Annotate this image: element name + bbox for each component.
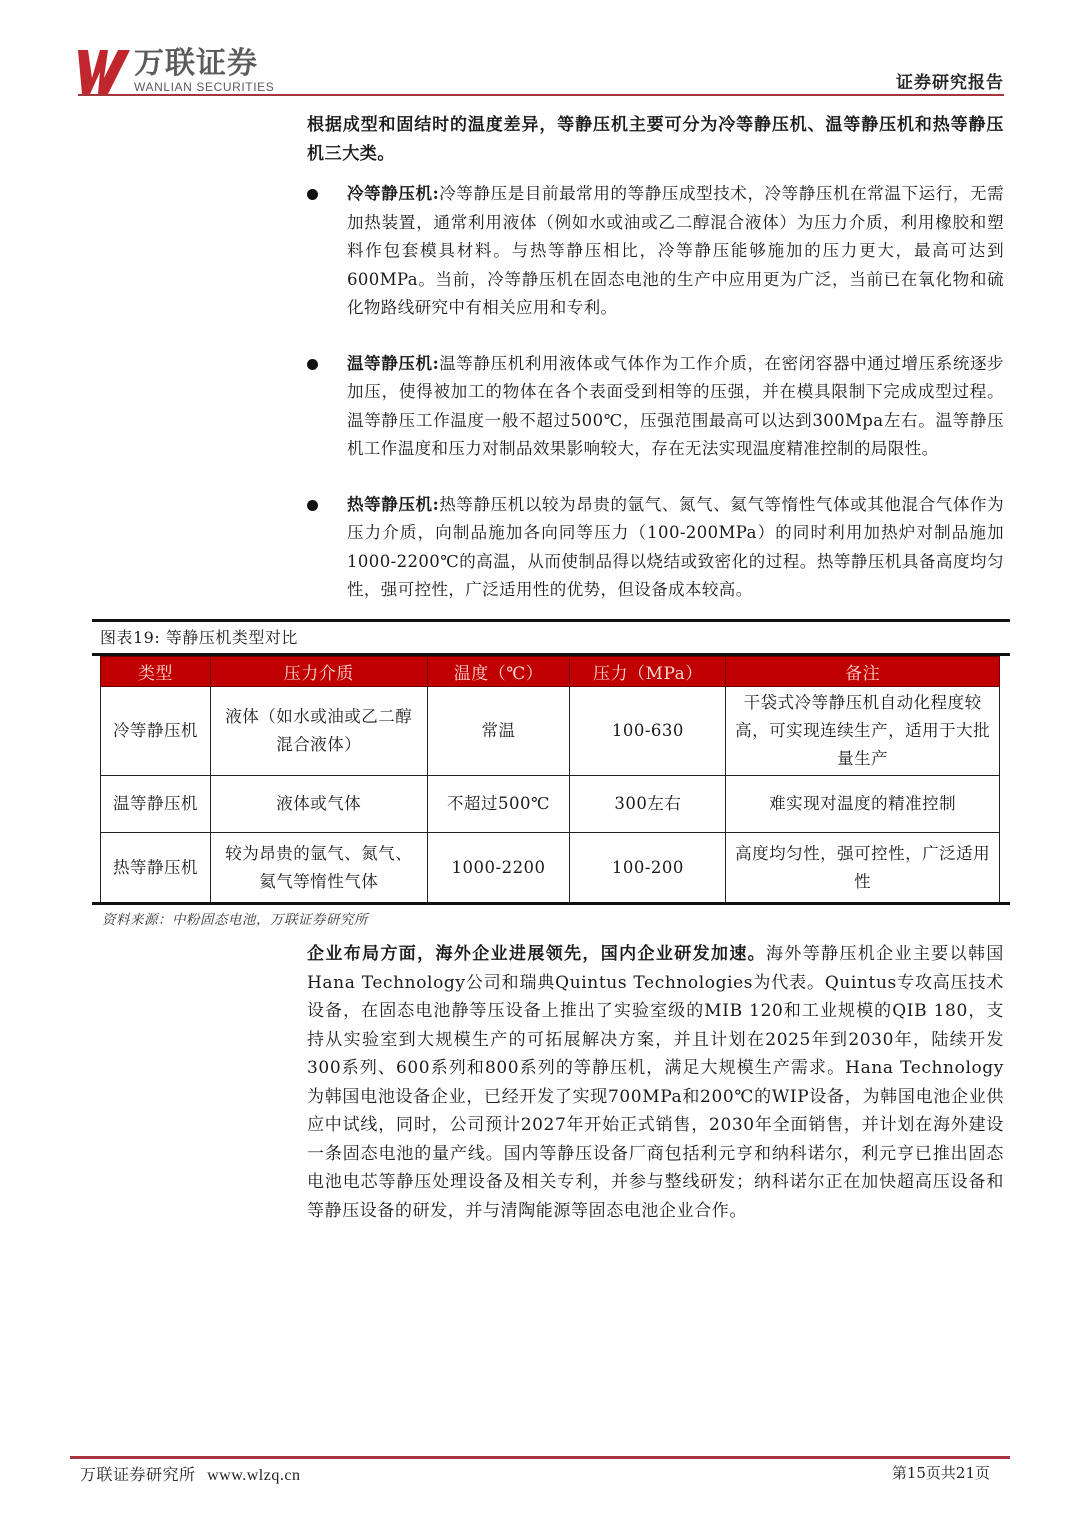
company-logo: 万联证券 WANLIAN SECURITIES [78,48,274,94]
figure-source: 资料来源：中粉固态电池，万联证券研究所 [92,905,1010,935]
paragraph-lead: 企业布局方面，海外企业进展领先，国内企业研发加速。 [307,944,766,964]
cell-temperature: 1000-2200 [427,833,570,903]
cell-pressure: 300左右 [570,776,726,833]
cell-medium: 液体（如水或油或乙二醇混合液体） [210,687,427,776]
cell-temperature: 不超过500℃ [427,776,570,833]
page-header: 万联证券 WANLIAN SECURITIES 证券研究报告 [78,48,1004,96]
column-header-type: 类型 [101,657,211,687]
press-type-list: 冷等静压机:冷等静压是目前最常用的等静压成型技术，冷等静压机在常温下运行，无需加… [307,180,1004,605]
list-item-cold-press: 冷等静压机:冷等静压是目前最常用的等静压成型技术，冷等静压机在常温下运行，无需加… [307,180,1004,323]
column-header-temperature: 温度（℃） [427,657,570,687]
cell-type: 温等静压机 [101,776,211,833]
cell-remarks: 难实现对温度的精准控制 [726,776,1000,833]
table-header-row: 类型 压力介质 温度（℃） 压力（MPa） 备注 [101,657,1000,687]
cell-medium: 液体或气体 [210,776,427,833]
company-layout-section: 企业布局方面，海外企业进展领先，国内企业研发加速。海外等静压机企业主要以韩国Ha… [307,940,1004,1225]
page-number: 第15页共21页 [892,1462,990,1483]
cell-temperature: 常温 [427,687,570,776]
table-row: 温等静压机 液体或气体 不超过500℃ 300左右 难实现对温度的精准控制 [101,776,1000,833]
list-item-text: 冷等静压是目前最常用的等静压成型技术，冷等静压机在常温下运行，无需加热装置，通常… [347,184,1004,317]
table-row: 冷等静压机 液体（如水或油或乙二醇混合液体） 常温 100-630 干袋式冷等静… [101,687,1000,776]
logo-english-name: WANLIAN SECURITIES [134,81,274,93]
cell-pressure: 100-200 [570,833,726,903]
bullet-icon [307,189,318,200]
footer-org: 万联证券研究所 www.wlzq.cn [80,1462,300,1485]
column-header-medium: 压力介质 [210,657,427,687]
list-item-title: 温等静压机: [347,354,439,373]
company-layout-paragraph: 企业布局方面，海外企业进展领先，国内企业研发加速。海外等静压机企业主要以韩国Ha… [307,940,1004,1225]
cell-remarks: 高度均匀性，强可控性，广泛适用性 [726,833,1000,903]
column-header-remarks: 备注 [726,657,1000,687]
report-type-label: 证券研究报告 [896,68,1004,93]
intro-paragraph: 根据成型和固结时的温度差异，等静压机主要可分为冷等静压机、温等静压机和热等静压机… [307,111,1004,168]
figure-caption: 图表19: 等静压机类型对比 [92,622,1010,653]
intro-section: 根据成型和固结时的温度差异，等静压机主要可分为冷等静压机、温等静压机和热等静压机… [307,111,1004,168]
cell-remarks: 干袋式冷等静压机自动化程度较高，可实现连续生产，适用于大批量生产 [726,687,1000,776]
cell-type: 热等静压机 [101,833,211,903]
column-header-pressure: 压力（MPa） [570,657,726,687]
logo-w-icon [78,48,130,94]
header-divider [78,94,1004,96]
cell-pressure: 100-630 [570,687,726,776]
list-item-warm-press: 温等静压机:温等静压机利用液体或气体作为工作介质，在密闭容器中通过增压系统逐步加… [307,350,1004,464]
footer-divider [70,1456,1010,1459]
list-item-title: 冷等静压机: [347,184,439,203]
logo-chinese-name: 万联证券 [134,48,274,80]
list-item-text: 温等静压机利用液体或气体作为工作介质，在密闭容器中通过增压系统逐步加压，使得被加… [347,354,1004,459]
table-row: 热等静压机 较为昂贵的氩气、氮气、氦气等惰性气体 1000-2200 100-2… [101,833,1000,903]
paragraph-body: 海外等静压机企业主要以韩国Hana Technology公司和瑞典Quintus… [307,944,1004,1221]
cell-type: 冷等静压机 [101,687,211,776]
list-item-hot-press: 热等静压机:热等静压机以较为昂贵的氩气、氮气、氦气等惰性气体或其他混合气体作为压… [307,491,1004,605]
bullet-icon [307,359,318,370]
bullet-icon [307,500,318,511]
figure-19: 图表19: 等静压机类型对比 类型 压力介质 温度（℃） 压力（MPa） 备注 … [92,619,1010,935]
press-comparison-table: 类型 压力介质 温度（℃） 压力（MPa） 备注 冷等静压机 液体（如水或油或乙… [100,656,1000,903]
list-item-text: 热等静压机以较为昂贵的氩气、氮气、氦气等惰性气体或其他混合气体作为压力介质，向制… [347,495,1004,600]
footer-website-link[interactable]: www.wlzq.cn [207,1467,300,1484]
footer-org-name: 万联证券研究所 [80,1465,196,1484]
cell-medium: 较为昂贵的氩气、氮气、氦气等惰性气体 [210,833,427,903]
list-item-title: 热等静压机: [347,495,439,514]
